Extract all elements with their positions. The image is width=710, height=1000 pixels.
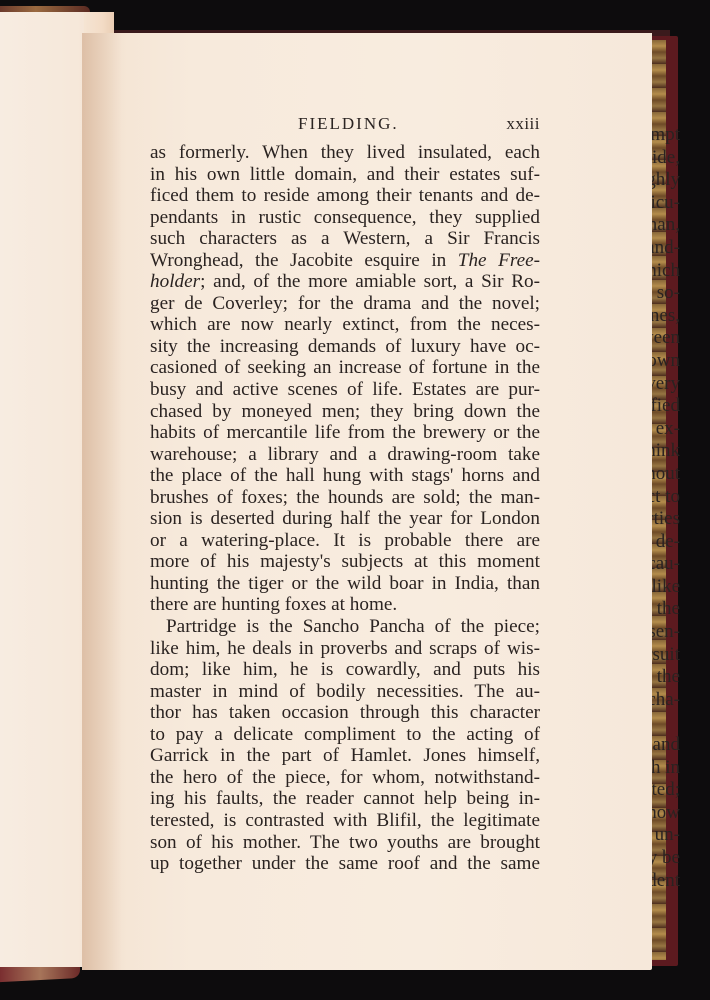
text-line: like him, he deals in proverbs and scrap… [150, 638, 540, 660]
book-title-italic: holder [150, 271, 200, 292]
text-line: thor has taken occasion through this cha… [150, 702, 540, 724]
text-line: ing his faults, the reader cannot help b… [150, 788, 540, 810]
text-line: to pay a delicate compliment to the acti… [150, 724, 540, 746]
text-line: as formerly. When they lived insulated, … [150, 142, 540, 164]
text-line: such characters as a Western, a Sir Fran… [150, 228, 540, 250]
paragraph-end-line: there are hunting foxes at home. [150, 594, 540, 616]
text-roman: ; and, of the more amiable sort, a Sir R… [200, 271, 540, 292]
text-line: Wronghead, the Jacobite esquire in The F… [150, 250, 540, 272]
text-line: master in mind of bodily necessities. Th… [150, 681, 540, 703]
text-line: brushes of foxes; the hounds are sold; t… [150, 487, 540, 509]
text-line: habits of mercantile life from the brewe… [150, 422, 540, 444]
text-line: terested, is contrasted with Blifil, the… [150, 810, 540, 832]
text-roman: Wronghead, the Jacobite esquire in [150, 250, 458, 271]
gutter-shadow [82, 33, 122, 970]
text-line: hunting the tiger or the wild boar in In… [150, 573, 540, 595]
text-line: dom; like him, he is cowardly, and puts … [150, 659, 540, 681]
text-line: sion is deserted during half the year fo… [150, 508, 540, 530]
text-line: the place of the hall hung with stags' h… [150, 465, 540, 487]
book-title-italic: The Free- [458, 250, 540, 271]
text-line: holder; and, of the more amiable sort, a… [150, 271, 540, 293]
text-line: son of his mother. The two youths are br… [150, 832, 540, 854]
text-line: ficed them to reside among their tenants… [150, 185, 540, 207]
text-line: sity the increasing demands of luxury ha… [150, 336, 540, 358]
text-line: up together under the same roof and the … [150, 853, 540, 875]
text-line: which are now nearly extinct, from the n… [150, 314, 540, 336]
running-head: FIELDING. xxiii [150, 114, 540, 138]
text-line: more of his majesty's subjects at this m… [150, 551, 540, 573]
text-line: in his own little domain, and their esta… [150, 164, 540, 186]
page-number: xxiii [506, 114, 540, 134]
text-line: chased by moneyed men; they bring down t… [150, 401, 540, 423]
text-line: casioned of seeking an increase of fortu… [150, 357, 540, 379]
text-line: the hero of the piece, for whom, notwith… [150, 767, 540, 789]
text-line: warehouse; a library and a drawing-room … [150, 444, 540, 466]
text-line: pendants in rustic consequence, they sup… [150, 207, 540, 229]
body-text: as formerly. When they lived insulated, … [150, 142, 540, 875]
paragraph-start-line: Partridge is the Sancho Pancha of the pi… [150, 616, 540, 638]
text-line: busy and active scenes of life. Estates … [150, 379, 540, 401]
text-line: Garrick in the part of Hamlet. Jones him… [150, 745, 540, 767]
text-line: ger de Coverley; for the drama and the n… [150, 293, 540, 315]
text-line: or a watering-place. It is probable ther… [150, 530, 540, 552]
running-title: FIELDING. [298, 114, 399, 134]
